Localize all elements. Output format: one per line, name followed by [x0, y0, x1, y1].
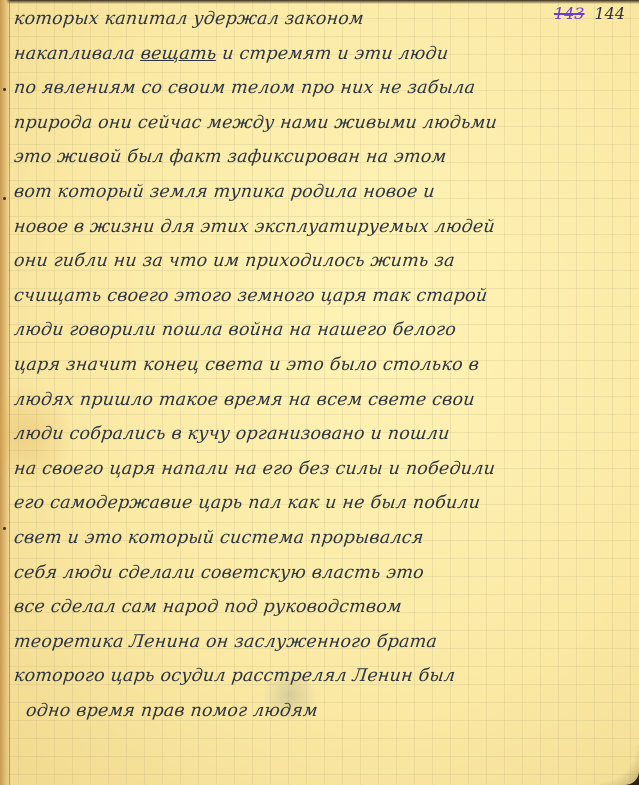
- margin-mark: [3, 527, 6, 530]
- text-line: теоретика Ленина он заслуженного брата: [12, 625, 631, 660]
- text-line: они гибли ни за что им приходилось жить …: [12, 244, 631, 279]
- text-line: природа они сейчас между нами живыми люд…: [12, 106, 631, 141]
- text-line: царя значит конец света и это было столь…: [12, 348, 631, 383]
- text-line: люди говорили пошла война на нашего бело…: [12, 313, 631, 348]
- text-line: одно время прав помог людям: [12, 694, 631, 729]
- text-line: которого царь осудил расстрелял Ленин бы…: [12, 659, 631, 694]
- text-line: его самодержавие царь пал как и не был п…: [12, 486, 631, 521]
- text-line: это живой был факт зафиксирован на этом: [12, 140, 631, 175]
- text-line: свет и это который система прорывался: [12, 521, 631, 556]
- text-line: счищать своего этого земного царя так ст…: [12, 279, 631, 314]
- text-line: накапливала вещать и стремят и эти люди: [12, 37, 631, 72]
- underlined-word: вещать: [140, 44, 218, 64]
- text-line: по явлениям со своим телом про них не за…: [12, 71, 631, 106]
- text-line: на своего царя напали на его без силы и …: [12, 452, 631, 487]
- text-line: вот который земля тупика родила новое и: [12, 175, 631, 210]
- text-line: новое в жизни для этих эксплуатируемых л…: [12, 210, 631, 245]
- text-line: людях пришло такое время на всем свете с…: [12, 383, 631, 418]
- handwritten-text: которых капитал удержал законом накаплив…: [14, 2, 629, 728]
- text-line: себя люди сделали советскую власть это: [12, 556, 631, 591]
- notebook-page: 143 144 которых капитал удержал законом …: [0, 0, 639, 785]
- margin-mark: [3, 88, 6, 91]
- page-corner: [599, 745, 639, 785]
- binding-line: [9, 0, 10, 785]
- text-line: люди собрались в кучу организовано и пош…: [12, 417, 631, 452]
- margin-mark: [3, 197, 6, 200]
- text-line: которых капитал удержал законом: [12, 2, 631, 37]
- text-line: все сделал сам народ под руководством: [12, 590, 631, 625]
